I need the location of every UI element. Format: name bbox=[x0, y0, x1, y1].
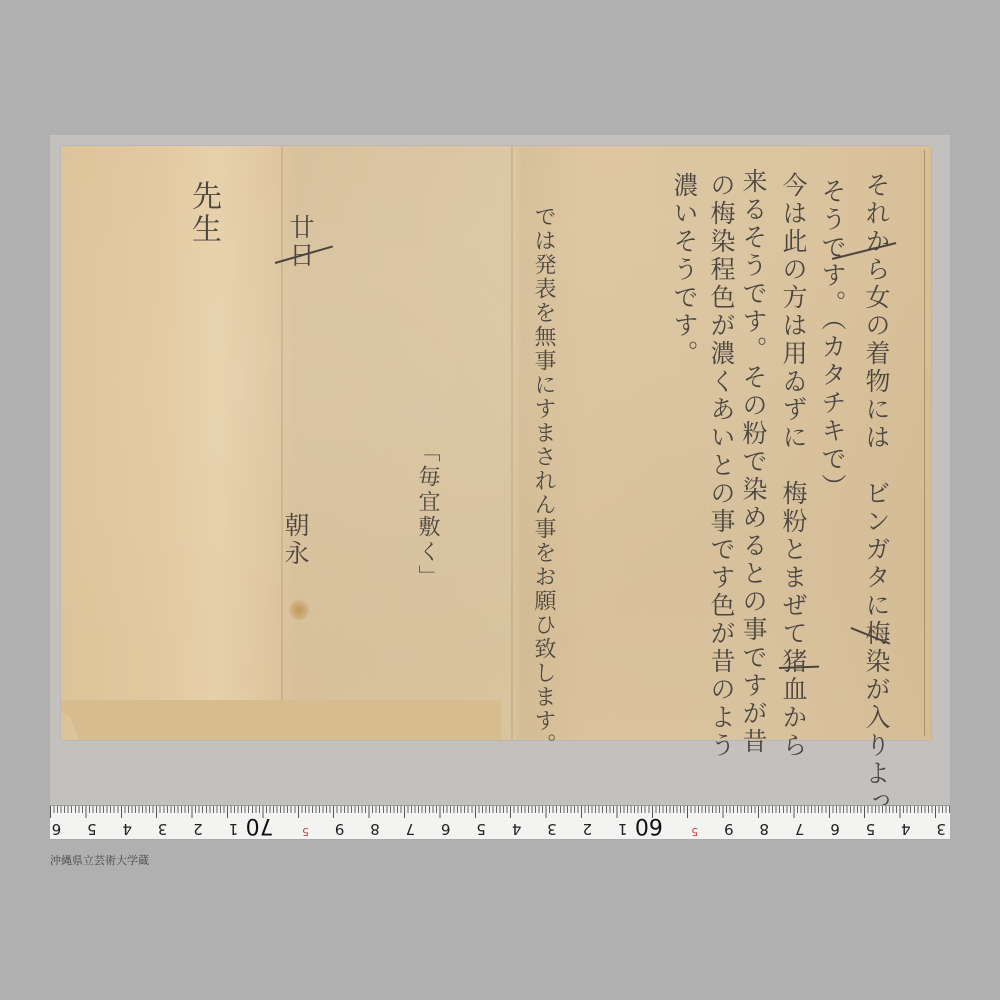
ruler-label: 3 bbox=[915, 816, 950, 838]
paper-stain bbox=[289, 600, 309, 620]
letter-line-5: の梅染程色が濃くあいとの事です色が昔のよう bbox=[709, 172, 734, 760]
ruler-label: 6 bbox=[50, 816, 65, 838]
ruler-label: 1 bbox=[596, 816, 631, 838]
postscript-line: では発表を無事にすまされん事をお願ひ致します。 bbox=[532, 205, 554, 757]
ruler-label: 6 bbox=[808, 816, 843, 838]
date-text: 廿日 bbox=[288, 214, 313, 270]
paper-edge-line bbox=[924, 150, 925, 736]
letter-line-6: 濃いそうです。 bbox=[672, 172, 697, 368]
ruler-label-major: 60 bbox=[631, 816, 666, 838]
ruler-label-major: 70 bbox=[242, 816, 277, 838]
addressee-text: 先生 bbox=[188, 180, 218, 246]
fold-crease-left bbox=[281, 146, 283, 740]
letter-line-2: そうです。（カタチキで） bbox=[820, 178, 845, 502]
ruler-label: 7 bbox=[773, 816, 808, 838]
ruler-label: 4 bbox=[879, 816, 914, 838]
ruler-label: 2 bbox=[561, 816, 596, 838]
ruler-label-half: 5 bbox=[278, 816, 313, 838]
ruler-label: 2 bbox=[171, 816, 206, 838]
ruler-label: 8 bbox=[348, 816, 383, 838]
ruler-label: 7 bbox=[384, 816, 419, 838]
ruler-label: 5 bbox=[65, 816, 100, 838]
ruler-label: 4 bbox=[490, 816, 525, 838]
ruler-label-half: 5 bbox=[667, 816, 702, 838]
signature-text: 朝永 bbox=[283, 512, 308, 568]
ruler-label: 3 bbox=[136, 816, 171, 838]
ruler-label: 1 bbox=[207, 816, 242, 838]
ruler-label: 6 bbox=[419, 816, 454, 838]
letter-line-4: 来るそうです。その粉で染めるとの事ですが昔 bbox=[741, 168, 766, 756]
ruler-label: 4 bbox=[101, 816, 136, 838]
fold-crease-center bbox=[511, 146, 513, 740]
ruler-label: 9 bbox=[702, 816, 737, 838]
letter-line-1: それから女の着物には ビンガタに梅染が入りよった bbox=[864, 172, 889, 844]
ruler-label: 9 bbox=[313, 816, 348, 838]
ruler-labels: 3 4 5 6 7 8 9 5 60 1 2 3 4 5 6 7 8 9 5 7… bbox=[50, 816, 950, 838]
note-text: 「毎宜敷く」 bbox=[416, 440, 438, 590]
torn-paper-edge bbox=[61, 700, 501, 740]
ruler-label: 5 bbox=[844, 816, 879, 838]
ruler-label: 3 bbox=[525, 816, 560, 838]
letter-line-3: 今は此の方は用ゐずに 梅粉とまぜて猪血から bbox=[781, 172, 806, 760]
ruler-label: 5 bbox=[455, 816, 490, 838]
measuring-ruler: 3 4 5 6 7 8 9 5 60 1 2 3 4 5 6 7 8 9 5 7… bbox=[50, 805, 950, 840]
ruler-label: 8 bbox=[738, 816, 773, 838]
collection-caption: 沖縄県立芸術大学蔵 bbox=[50, 852, 149, 868]
